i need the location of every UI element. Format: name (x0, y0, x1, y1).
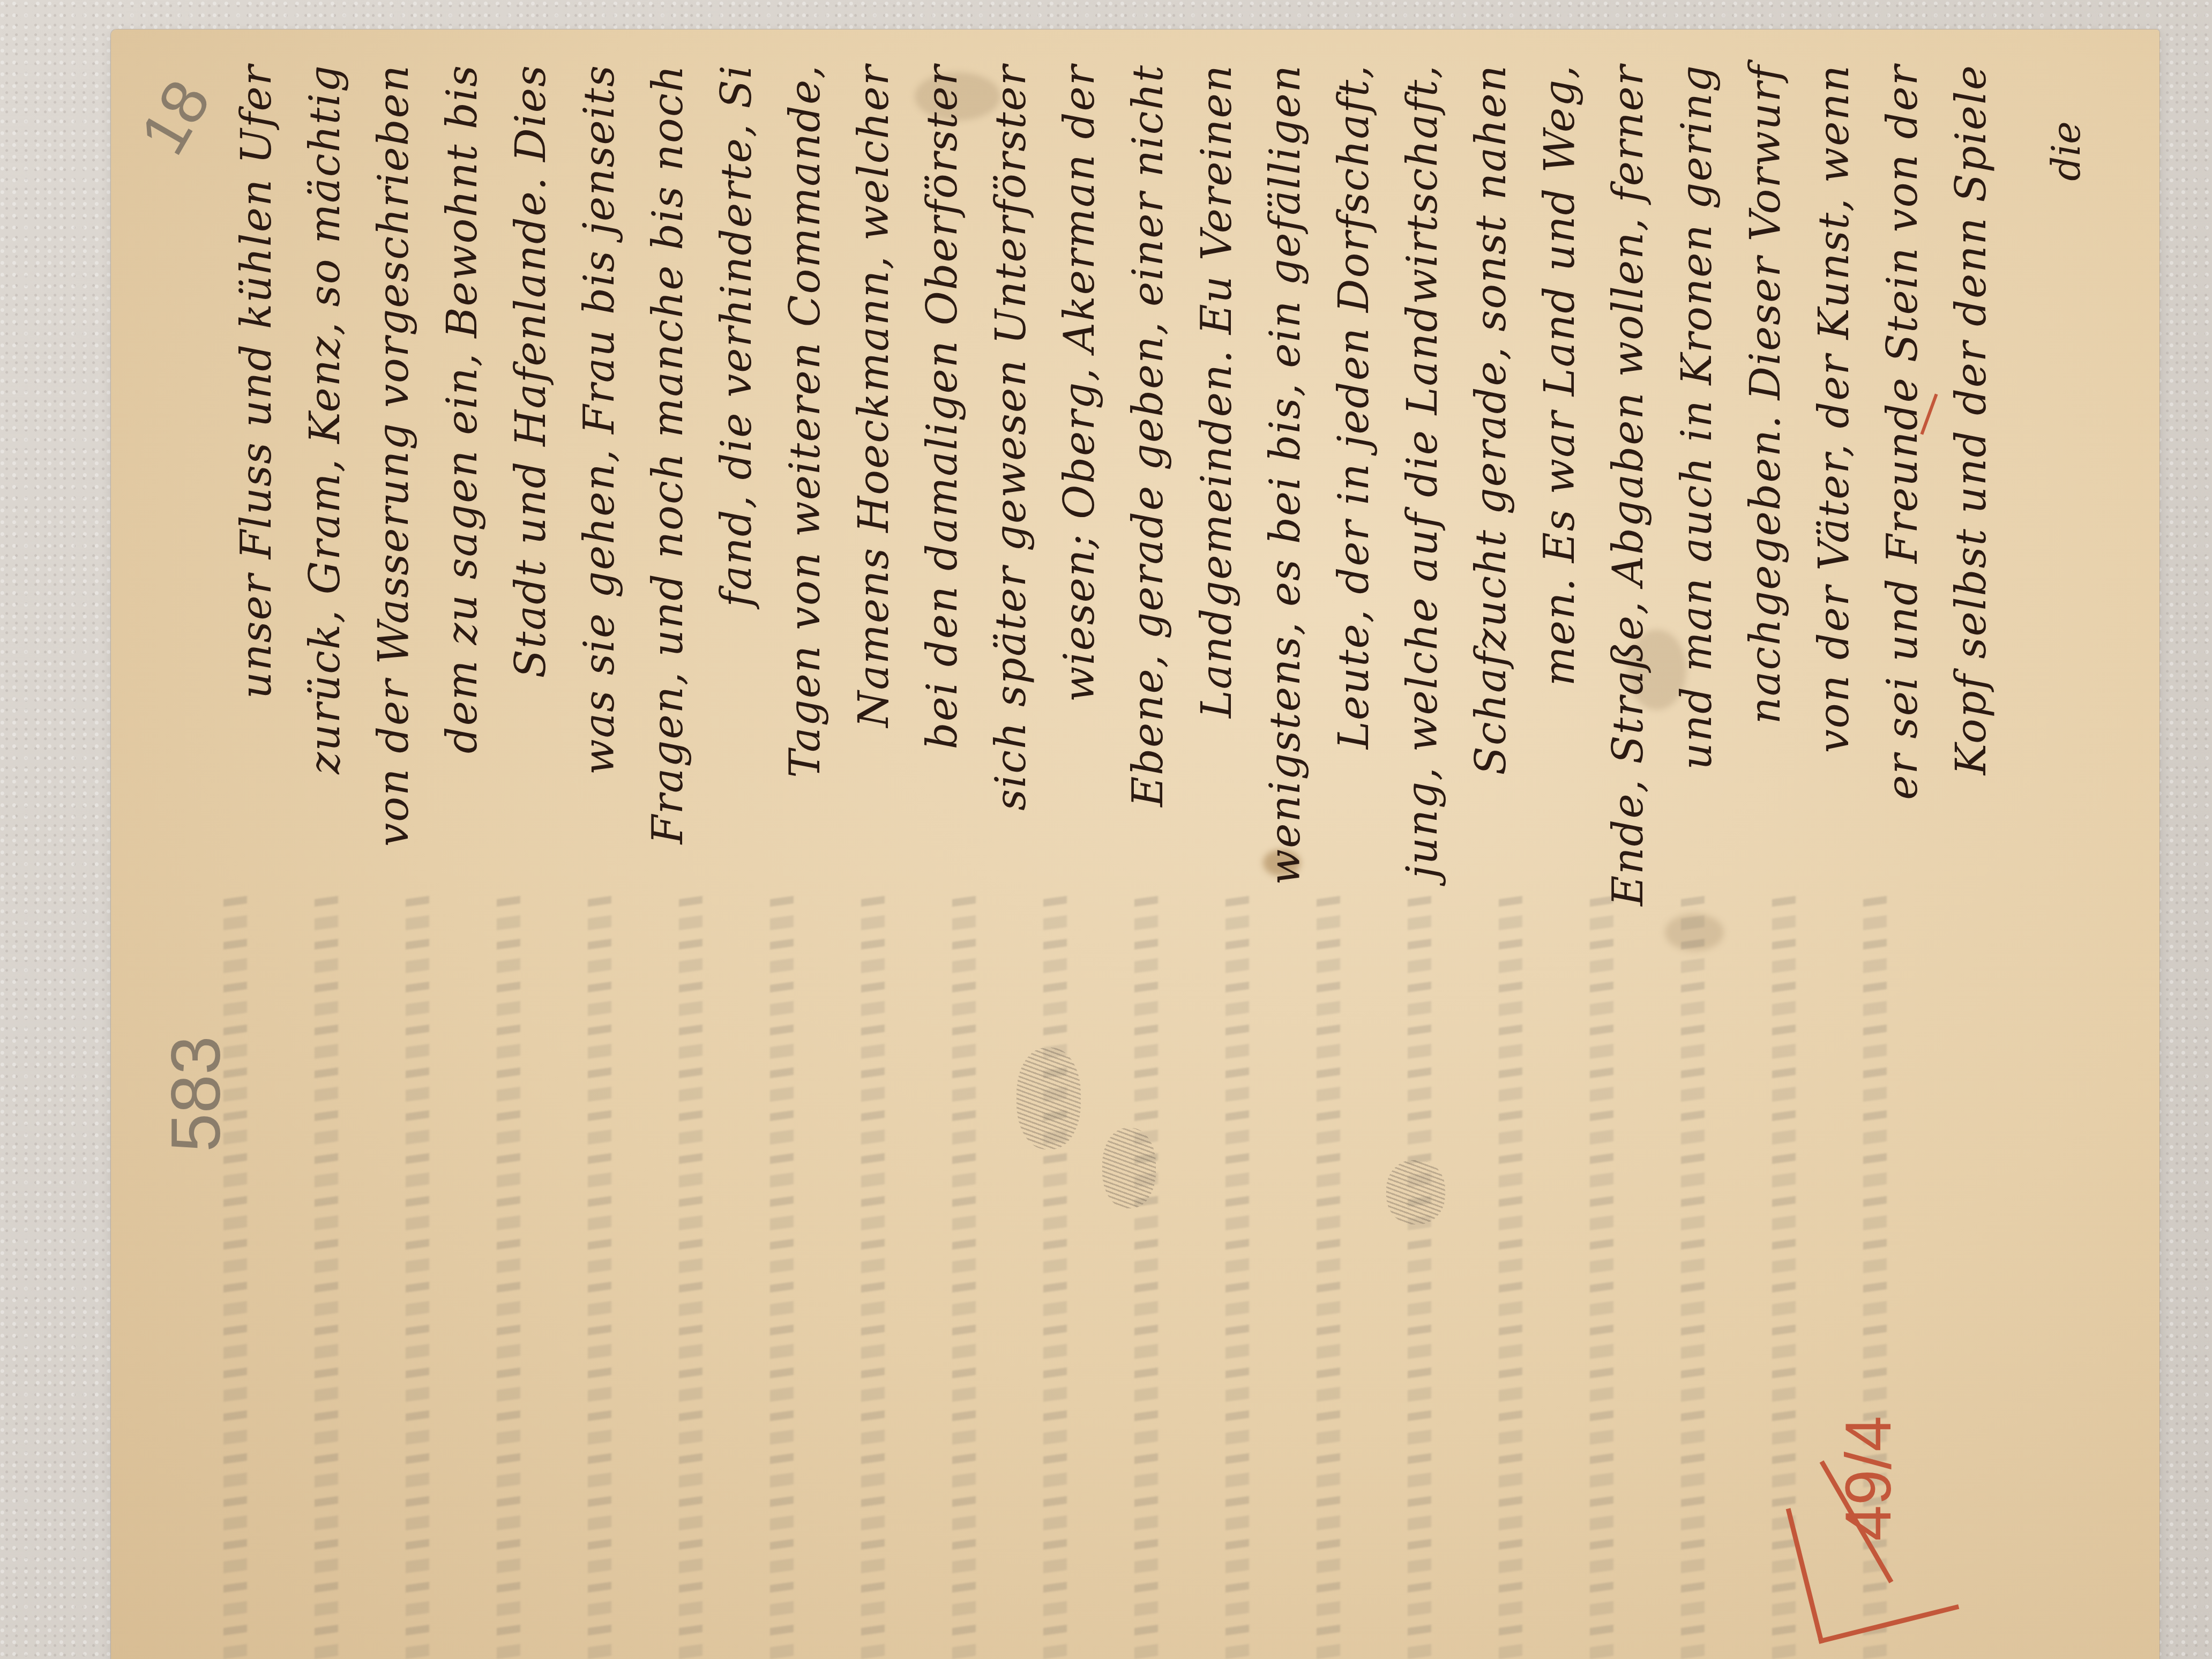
fingerprint-smudge (1017, 1048, 1081, 1149)
text-line: und man auch in Kronen gering (1665, 64, 1729, 770)
text-line: bei den damaligen Oberförster (911, 64, 974, 749)
handwritten-text-block: unser Fluss und kühlen Ufer zurück, Gram… (225, 64, 2058, 943)
text-line: men. Es war Land und Weg, (1528, 64, 1591, 686)
text-line: fand, die verhinderte, Si (705, 64, 768, 607)
red-annotation-text: 49/4 (1832, 1416, 1905, 1541)
red-pencil-annotation: 49/4 (1758, 1393, 2036, 1640)
archive-number-pencil: 583 (155, 1036, 236, 1152)
text-line: zurück, Gram, Kenz, so mächtig (294, 64, 357, 774)
text-line: Ende, Straße, Abgaben wollen, ferner (1597, 64, 1660, 906)
text-line: Fragen, und noch manche bis noch (637, 64, 700, 844)
text-line: jung, welche auf die Landwirtschaft, (1391, 64, 1454, 878)
text-line: Schafzucht gerade, sonst nahen (1460, 64, 1523, 775)
text-line: Tagen von weiteren Commande, (774, 64, 837, 778)
fingerprint-smudge (1102, 1128, 1156, 1208)
text-line: Stadt und Hafenlande. Dies (499, 64, 563, 678)
text-line: von der Väter, der Kunst, wenn (1803, 64, 1866, 753)
fingerprint-smudge (1386, 1160, 1445, 1224)
text-line: von der Wasserung vorgeschrieben (362, 64, 425, 847)
text-line: Namens Hoeckmann, welcher (842, 64, 906, 728)
text-line: Leute, der in jeden Dorfschaft, (1322, 64, 1386, 749)
text-line: er sei und Freunde Stein von der (1871, 64, 1934, 800)
text-line: sich später gewesen Unterförster (980, 64, 1043, 811)
bleed-through-text (191, 898, 1960, 1658)
text-line: Landgemeinden. Eu Vereinen (1185, 64, 1249, 718)
text-line: wenigstens, es bei bis, ein gefälligen (1254, 64, 1317, 885)
text-line: unser Fluss und kühlen Ufer (225, 64, 288, 699)
text-line: nachgegeben. Dieser Vorwurf (1734, 64, 1797, 724)
text-line: Kopf selbst und der denn Spiele (1940, 64, 2003, 775)
text-line: Ebene, gerade geben, einer nicht (1117, 64, 1180, 807)
text-line: was sie gehen, Frau bis jenseits (568, 64, 631, 775)
catchword: die (2044, 121, 2089, 181)
text-line: wiesen; Oberg, Akerman der (1048, 64, 1111, 702)
text-line: dem zu sagen ein, Bewohnt bis (431, 64, 494, 753)
